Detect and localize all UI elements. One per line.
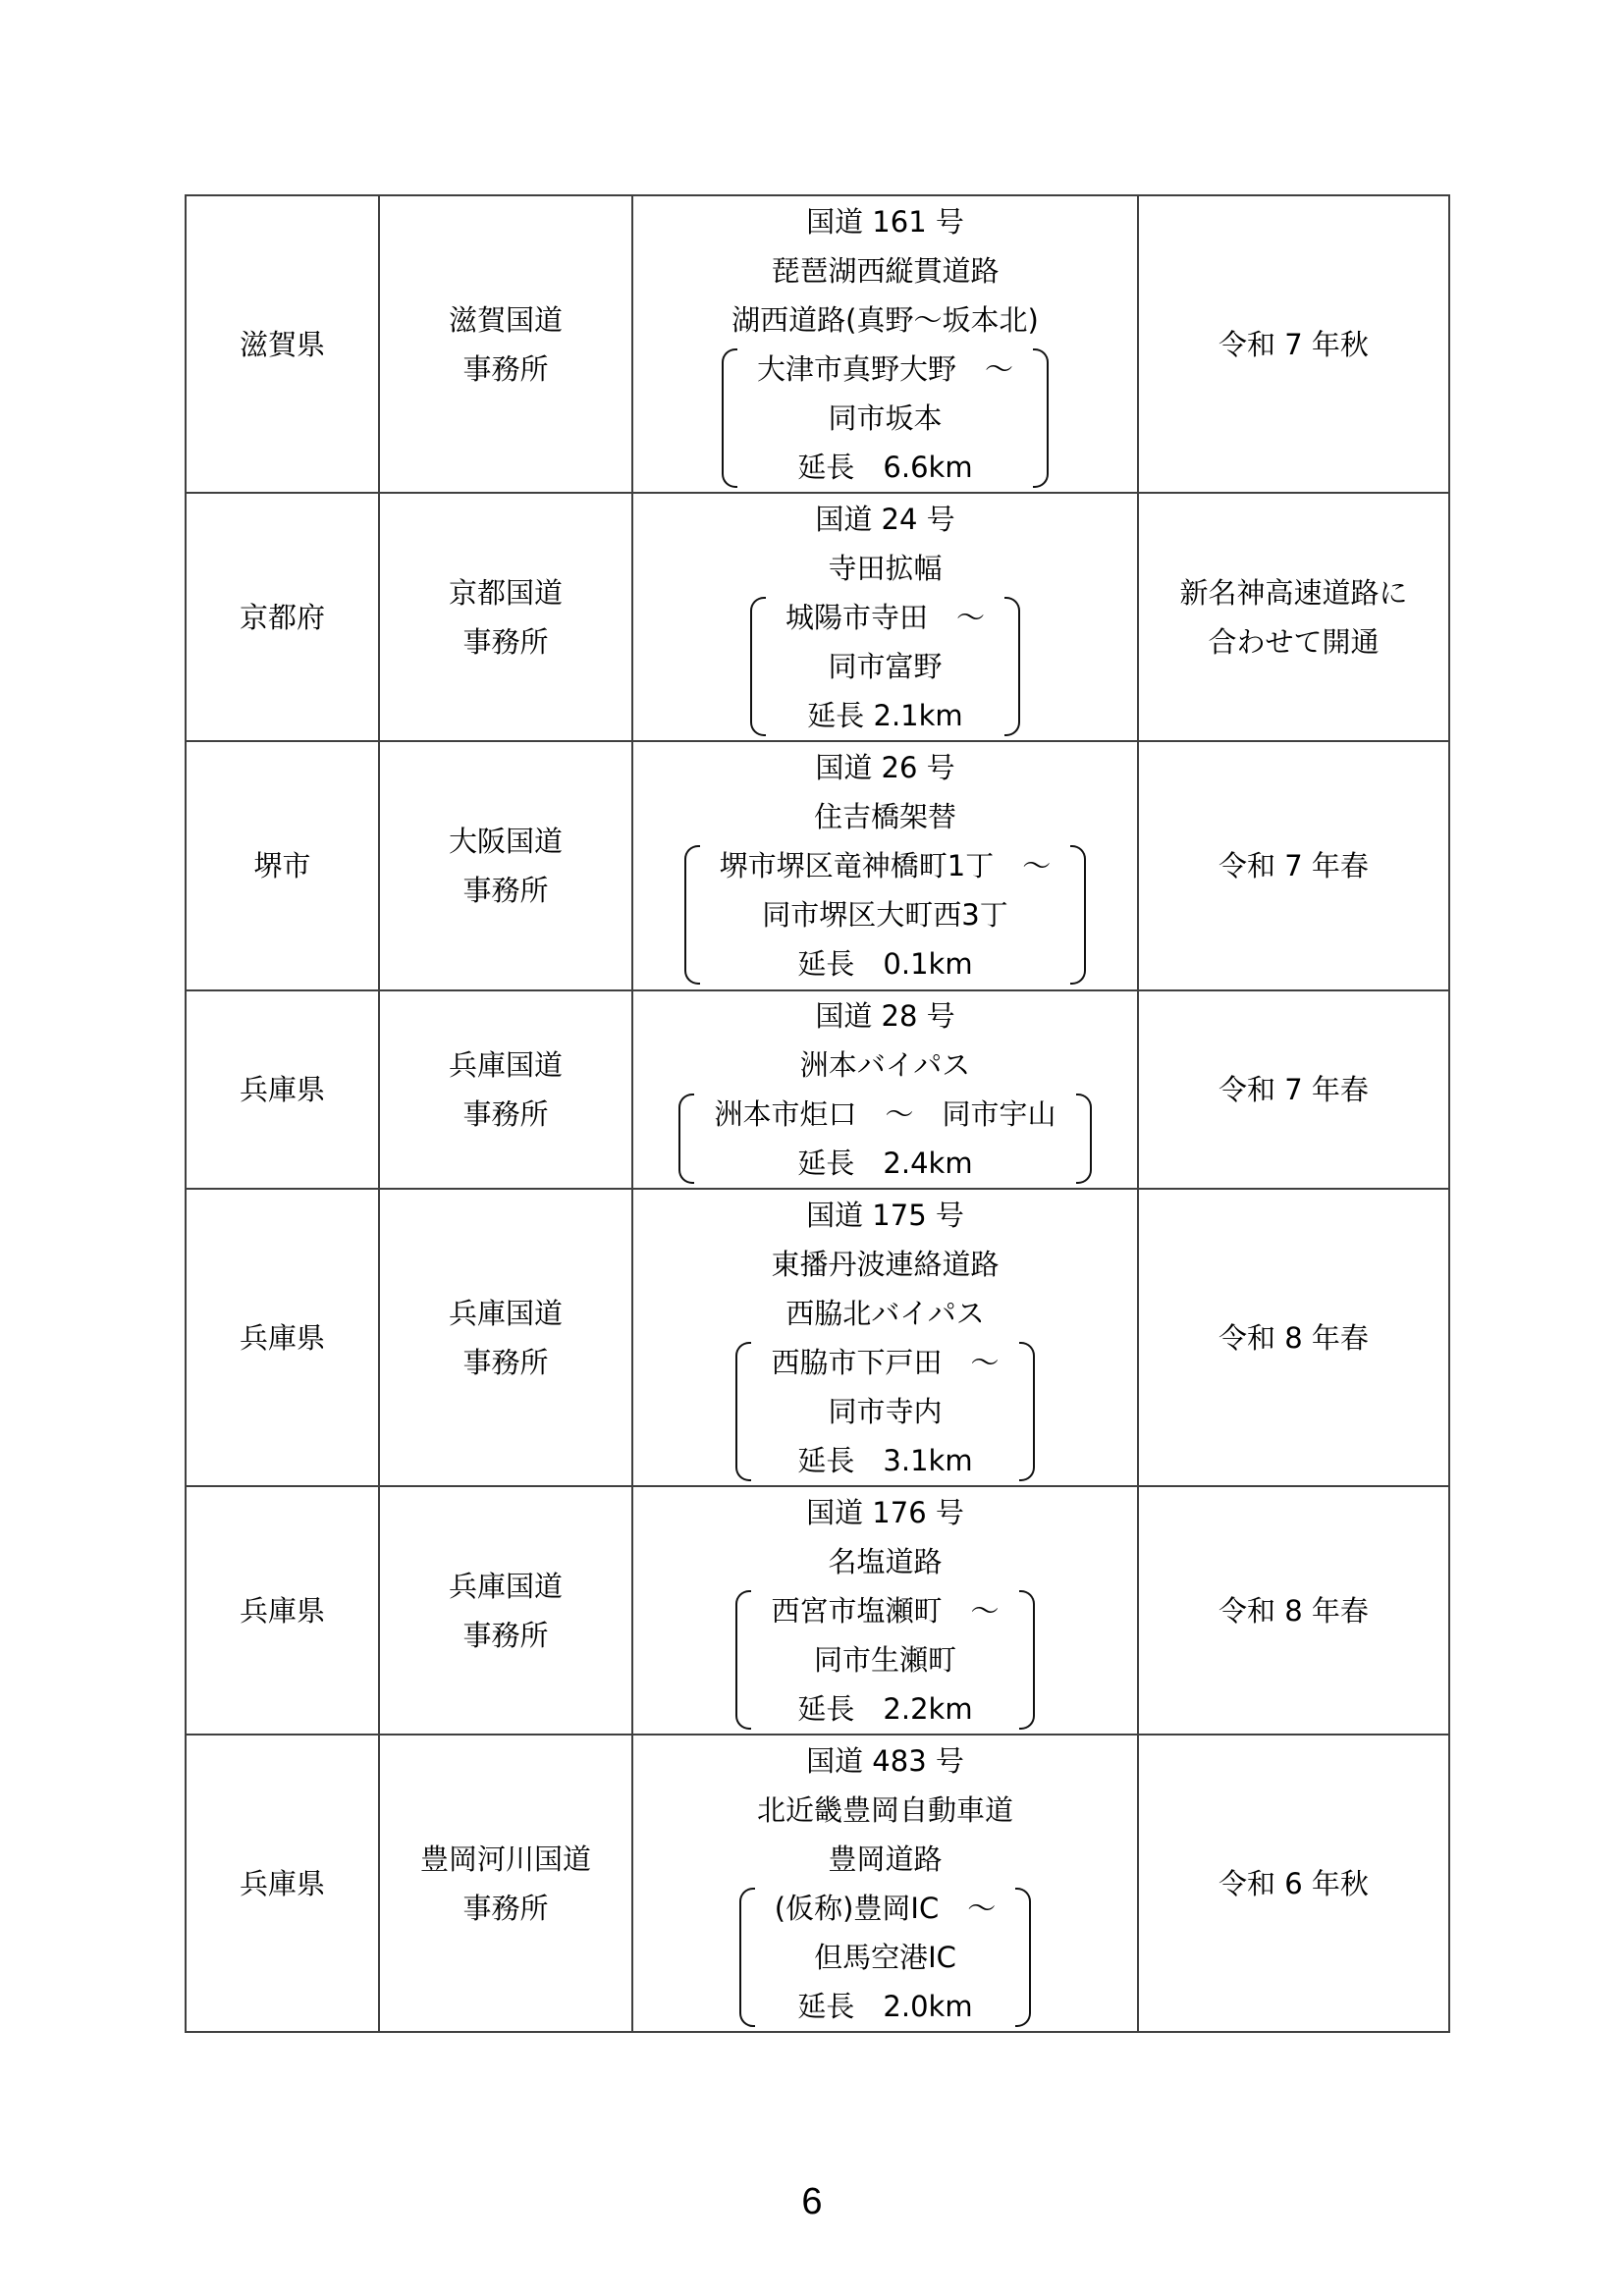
route-section-line: 洲本市炬口 ～ 同市宇山 bbox=[714, 1090, 1056, 1139]
route-header-line: 豊岡道路 bbox=[633, 1835, 1137, 1884]
route-header-line: 国道 26 号 bbox=[633, 743, 1137, 792]
prefecture-cell: 滋賀県 bbox=[186, 195, 379, 493]
office-line: 事務所 bbox=[380, 1090, 631, 1139]
prefecture-label: 滋賀県 bbox=[187, 320, 378, 369]
office-cell: 兵庫国道事務所 bbox=[379, 990, 632, 1189]
page-number: 6 bbox=[0, 2181, 1624, 2223]
opening-cell: 新名神高速道路に合わせて開通 bbox=[1138, 493, 1449, 741]
office-cell: 兵庫国道事務所 bbox=[379, 1486, 632, 1735]
opening-cell: 令和 7 年秋 bbox=[1138, 195, 1449, 493]
route-section-line: 同市富野 bbox=[785, 642, 985, 691]
opening-cell: 令和 8 年春 bbox=[1138, 1486, 1449, 1735]
prefecture-cell: 兵庫県 bbox=[186, 1189, 379, 1486]
route-section-bracket: 洲本市炬口 ～ 同市宇山延長 2.4km bbox=[678, 1090, 1091, 1188]
road-opening-table: 滋賀県 滋賀国道事務所 国道 161 号琵琶湖西縦貫道路湖西道路(真野～坂本北)… bbox=[185, 194, 1450, 2033]
route-section-line: 延長 0.1km bbox=[720, 939, 1051, 988]
prefecture-label: 兵庫県 bbox=[187, 1859, 378, 1908]
opening-cell: 令和 7 年春 bbox=[1138, 741, 1449, 990]
opening-line: 令和 7 年春 bbox=[1139, 1065, 1448, 1114]
route-section-line: 延長 2.0km bbox=[775, 1982, 996, 2031]
route-header-line: 湖西道路(真野～坂本北) bbox=[633, 295, 1137, 345]
route-section-line: 但馬空港IC bbox=[775, 1933, 996, 1982]
route-cell: 国道 24 号寺田拡幅 城陽市寺田 ～同市富野延長 2.1km bbox=[632, 493, 1138, 741]
route-section-line: 同市堺区大町西3丁 bbox=[720, 890, 1051, 939]
route-section-line: 延長 2.4km bbox=[714, 1139, 1056, 1188]
office-line: 兵庫国道 bbox=[380, 1041, 631, 1090]
route-header: 国道 26 号住吉橋架替 bbox=[633, 743, 1137, 841]
route-header: 国道 176 号名塩道路 bbox=[633, 1488, 1137, 1586]
office-line: 豊岡河川国道 bbox=[380, 1835, 631, 1884]
table-row: 堺市 大阪国道事務所 国道 26 号住吉橋架替 堺市堺区竜神橋町1丁 ～同市堺区… bbox=[186, 741, 1449, 990]
prefecture-label: 兵庫県 bbox=[187, 1065, 378, 1114]
prefecture-label: 兵庫県 bbox=[187, 1313, 378, 1362]
route-section-line: 延長 2.2km bbox=[771, 1684, 999, 1734]
route-section-bracket: 西脇市下戸田 ～同市寺内延長 3.1km bbox=[735, 1338, 1034, 1485]
route-header-line: 琵琶湖西縦貫道路 bbox=[633, 246, 1137, 295]
office-cell: 豊岡河川国道事務所 bbox=[379, 1735, 632, 2032]
route-section-bracket: 大津市真野大野 ～同市坂本延長 6.6km bbox=[722, 345, 1049, 492]
route-header-line: 北近畿豊岡自動車道 bbox=[633, 1786, 1137, 1835]
route-section-line: 同市生瀬町 bbox=[771, 1635, 999, 1684]
route-header: 国道 24 号寺田拡幅 bbox=[633, 495, 1137, 593]
office-line: 兵庫国道 bbox=[380, 1289, 631, 1338]
office-line: 事務所 bbox=[380, 1338, 631, 1387]
route-cell: 国道 161 号琵琶湖西縦貫道路湖西道路(真野～坂本北) 大津市真野大野 ～同市… bbox=[632, 195, 1138, 493]
office-line: 滋賀国道 bbox=[380, 295, 631, 345]
route-section-line: 延長 2.1km bbox=[785, 691, 985, 740]
route-section-line: 延長 3.1km bbox=[771, 1436, 999, 1485]
table-row: 兵庫県 兵庫国道事務所 国道 176 号名塩道路 西宮市塩瀬町 ～同市生瀬町延長… bbox=[186, 1486, 1449, 1735]
opening-cell: 令和 6 年秋 bbox=[1138, 1735, 1449, 2032]
office-line: 大阪国道 bbox=[380, 817, 631, 866]
office-line: 兵庫国道 bbox=[380, 1562, 631, 1611]
route-cell: 国道 176 号名塩道路 西宮市塩瀬町 ～同市生瀬町延長 2.2km bbox=[632, 1486, 1138, 1735]
office-cell: 大阪国道事務所 bbox=[379, 741, 632, 990]
route-section-line: 延長 6.6km bbox=[757, 443, 1013, 492]
route-section-line: (仮称)豊岡IC ～ bbox=[775, 1884, 996, 1933]
route-header-line: 国道 161 号 bbox=[633, 197, 1137, 246]
opening-cell: 令和 7 年春 bbox=[1138, 990, 1449, 1189]
opening-line: 令和 8 年春 bbox=[1139, 1313, 1448, 1362]
table-row: 兵庫県 兵庫国道事務所 国道 28 号洲本バイパス 洲本市炬口 ～ 同市宇山延長… bbox=[186, 990, 1449, 1189]
office-line: 事務所 bbox=[380, 1611, 631, 1660]
opening-line: 新名神高速道路に bbox=[1139, 568, 1448, 617]
prefecture-cell: 京都府 bbox=[186, 493, 379, 741]
route-section-bracket: 西宮市塩瀬町 ～同市生瀬町延長 2.2km bbox=[735, 1586, 1034, 1734]
route-header-line: 国道 483 号 bbox=[633, 1736, 1137, 1786]
office-line: 事務所 bbox=[380, 866, 631, 915]
table-row: 滋賀県 滋賀国道事務所 国道 161 号琵琶湖西縦貫道路湖西道路(真野～坂本北)… bbox=[186, 195, 1449, 493]
route-section-line: 西宮市塩瀬町 ～ bbox=[771, 1586, 999, 1635]
route-header-line: 寺田拡幅 bbox=[633, 544, 1137, 593]
prefecture-cell: 堺市 bbox=[186, 741, 379, 990]
opening-line: 令和 7 年秋 bbox=[1139, 320, 1448, 369]
route-header-line: 住吉橋架替 bbox=[633, 792, 1137, 841]
office-line: 事務所 bbox=[380, 617, 631, 667]
prefecture-cell: 兵庫県 bbox=[186, 1486, 379, 1735]
route-cell: 国道 26 号住吉橋架替 堺市堺区竜神橋町1丁 ～同市堺区大町西3丁延長 0.1… bbox=[632, 741, 1138, 990]
route-section-bracket: 堺市堺区竜神橋町1丁 ～同市堺区大町西3丁延長 0.1km bbox=[684, 841, 1086, 988]
office-cell: 兵庫国道事務所 bbox=[379, 1189, 632, 1486]
route-cell: 国道 483 号北近畿豊岡自動車道豊岡道路 (仮称)豊岡IC ～但馬空港IC延長… bbox=[632, 1735, 1138, 2032]
route-header-line: 国道 175 号 bbox=[633, 1191, 1137, 1240]
opening-line: 令和 6 年秋 bbox=[1139, 1859, 1448, 1908]
table-row: 兵庫県 兵庫国道事務所 国道 175 号東播丹波連絡道路西脇北バイパス 西脇市下… bbox=[186, 1189, 1449, 1486]
route-header-line: 国道 24 号 bbox=[633, 495, 1137, 544]
office-cell: 滋賀国道事務所 bbox=[379, 195, 632, 493]
route-header-line: 東播丹波連絡道路 bbox=[633, 1240, 1137, 1289]
office-cell: 京都国道事務所 bbox=[379, 493, 632, 741]
table-row: 兵庫県 豊岡河川国道事務所 国道 483 号北近畿豊岡自動車道豊岡道路 (仮称)… bbox=[186, 1735, 1449, 2032]
prefecture-label: 堺市 bbox=[187, 841, 378, 890]
route-header: 国道 28 号洲本バイパス bbox=[633, 991, 1137, 1090]
prefecture-cell: 兵庫県 bbox=[186, 1735, 379, 2032]
route-header: 国道 175 号東播丹波連絡道路西脇北バイパス bbox=[633, 1191, 1137, 1338]
document-page: 滋賀県 滋賀国道事務所 国道 161 号琵琶湖西縦貫道路湖西道路(真野～坂本北)… bbox=[0, 0, 1624, 2296]
office-line: 事務所 bbox=[380, 345, 631, 394]
route-section-line: 大津市真野大野 ～ bbox=[757, 345, 1013, 394]
opening-line: 令和 7 年春 bbox=[1139, 841, 1448, 890]
office-line: 事務所 bbox=[380, 1884, 631, 1933]
route-section-line: 堺市堺区竜神橋町1丁 ～ bbox=[720, 841, 1051, 890]
prefecture-label: 京都府 bbox=[187, 593, 378, 642]
route-header-line: 名塩道路 bbox=[633, 1537, 1137, 1586]
opening-line: 合わせて開通 bbox=[1139, 617, 1448, 667]
route-header-line: 西脇北バイパス bbox=[633, 1289, 1137, 1338]
office-line: 京都国道 bbox=[380, 568, 631, 617]
route-section-line: 西脇市下戸田 ～ bbox=[771, 1338, 999, 1387]
route-header-line: 国道 28 号 bbox=[633, 991, 1137, 1041]
route-section-line: 同市坂本 bbox=[757, 394, 1013, 443]
route-section-line: 同市寺内 bbox=[771, 1387, 999, 1436]
route-header: 国道 161 号琵琶湖西縦貫道路湖西道路(真野～坂本北) bbox=[633, 197, 1137, 345]
route-cell: 国道 175 号東播丹波連絡道路西脇北バイパス 西脇市下戸田 ～同市寺内延長 3… bbox=[632, 1189, 1138, 1486]
opening-cell: 令和 8 年春 bbox=[1138, 1189, 1449, 1486]
prefecture-label: 兵庫県 bbox=[187, 1586, 378, 1635]
route-section-bracket: 城陽市寺田 ～同市富野延長 2.1km bbox=[750, 593, 1020, 740]
route-header-line: 洲本バイパス bbox=[633, 1041, 1137, 1090]
table-row: 京都府 京都国道事務所 国道 24 号寺田拡幅 城陽市寺田 ～同市富野延長 2.… bbox=[186, 493, 1449, 741]
route-cell: 国道 28 号洲本バイパス 洲本市炬口 ～ 同市宇山延長 2.4km bbox=[632, 990, 1138, 1189]
opening-line: 令和 8 年春 bbox=[1139, 1586, 1448, 1635]
route-section-line: 城陽市寺田 ～ bbox=[785, 593, 985, 642]
prefecture-cell: 兵庫県 bbox=[186, 990, 379, 1189]
route-header: 国道 483 号北近畿豊岡自動車道豊岡道路 bbox=[633, 1736, 1137, 1884]
route-section-bracket: (仮称)豊岡IC ～但馬空港IC延長 2.0km bbox=[739, 1884, 1031, 2031]
route-header-line: 国道 176 号 bbox=[633, 1488, 1137, 1537]
